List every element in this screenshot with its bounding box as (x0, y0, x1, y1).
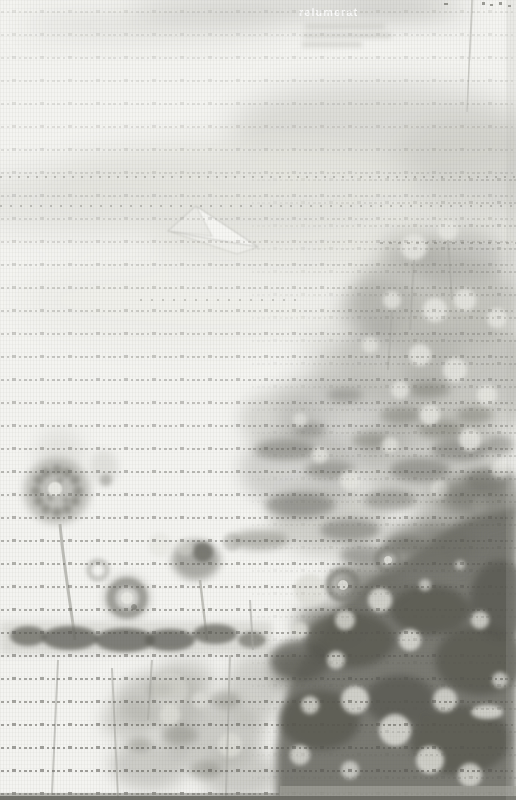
scanline-texture-horizontal (0, 0, 516, 800)
artwork-canvas: relumerat (0, 0, 516, 800)
faded-watercolor-painting: relumerat (0, 0, 516, 800)
